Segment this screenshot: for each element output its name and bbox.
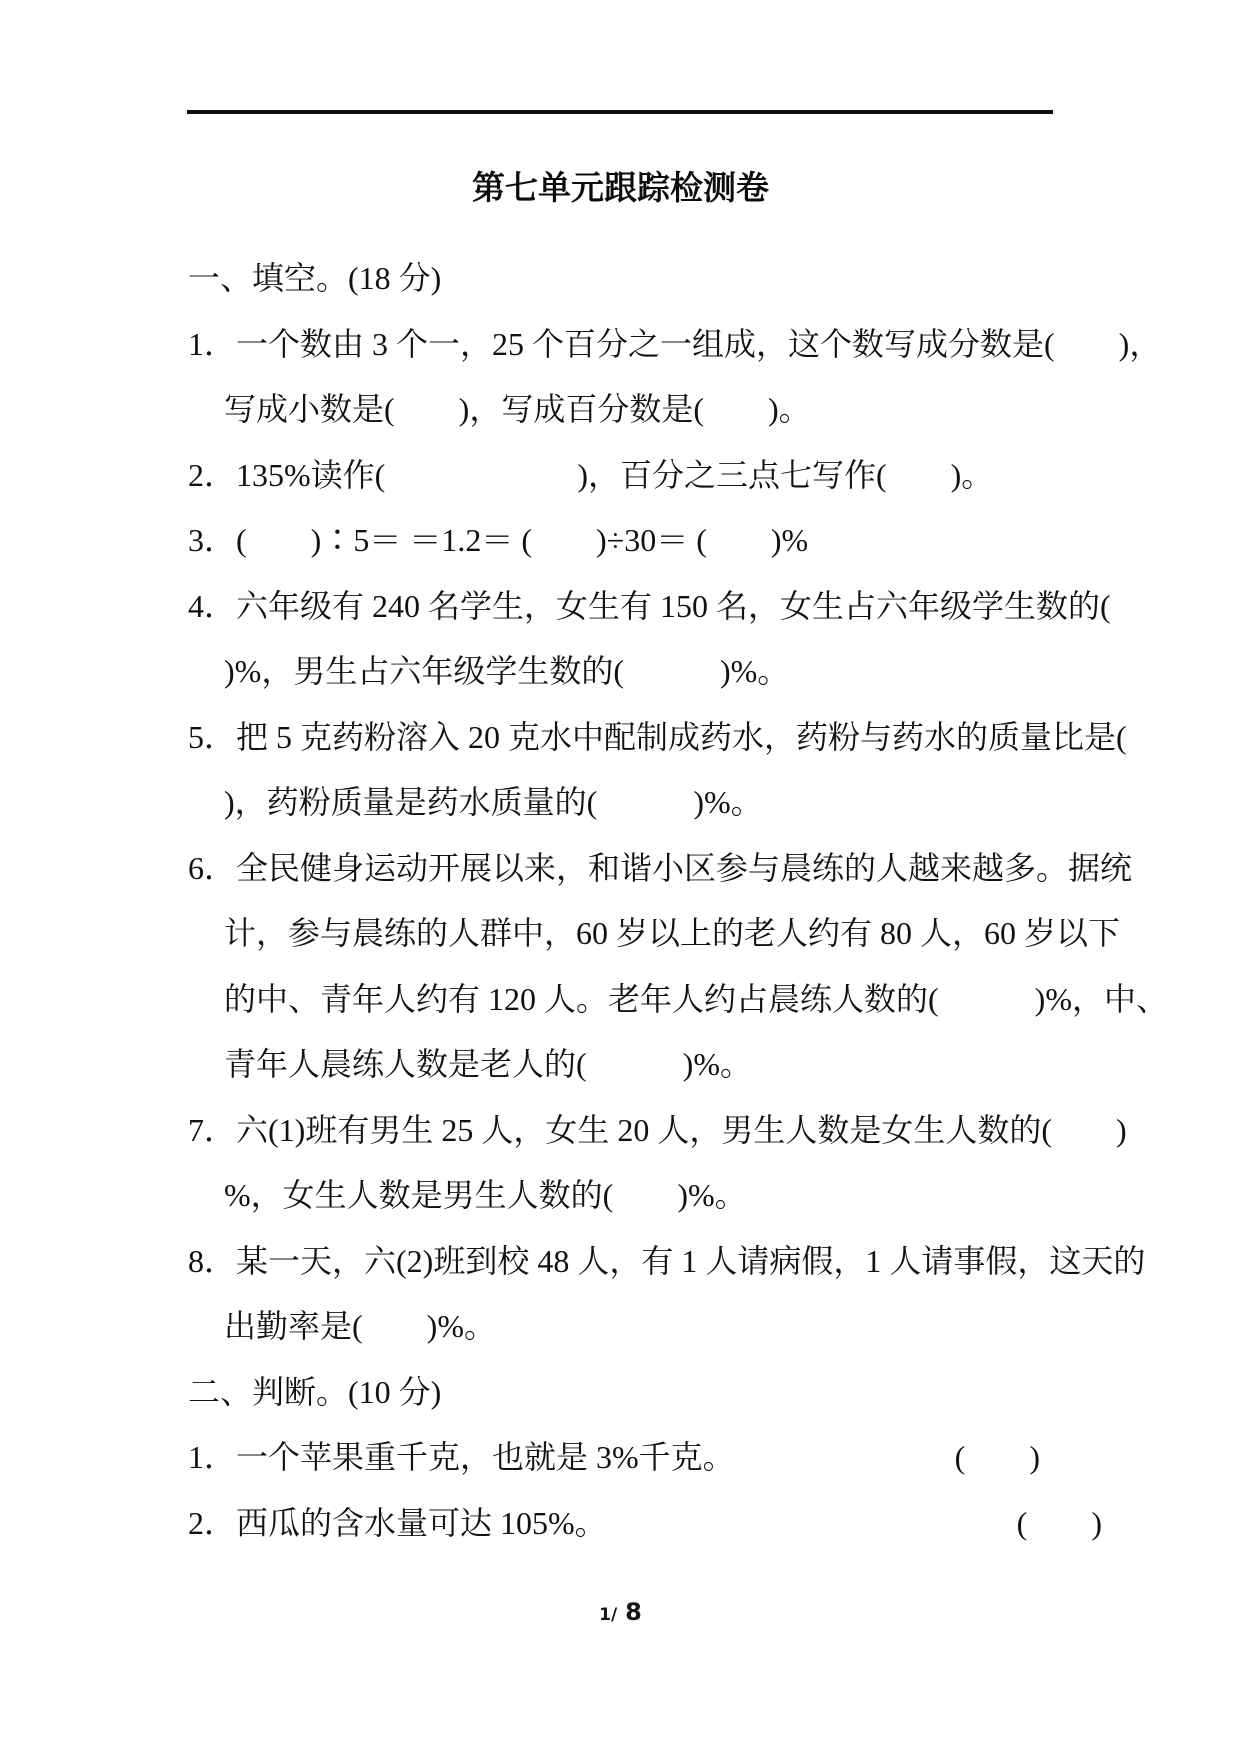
document-body: 一、填空。(18 分) 1．一个数由 3 个一，25 个百分之一组成，这个数写成… xyxy=(188,246,1073,1556)
question-6-line-4: 青年人晨练人数是老人的( )%。 xyxy=(188,1032,1073,1098)
judgment-item-2-text: 2．西瓜的含水量可达 105%。 xyxy=(188,1505,607,1541)
test-paper-page: 第七单元跟踪检测卷 一、填空。(18 分) 1．一个数由 3 个一，25 个百分… xyxy=(0,0,1241,1754)
answer-blank: ( ) xyxy=(1017,1505,1102,1541)
question-6-line-1: 6．全民健身运动开展以来，和谐小区参与晨练的人越来越多。据统 xyxy=(188,836,1073,902)
question-7-line-2: %，女生人数是男生人数的( )%。 xyxy=(188,1163,1073,1229)
spacer xyxy=(735,1467,955,1468)
header-rule xyxy=(187,110,1053,114)
page-footer: 1/8 xyxy=(0,1598,1241,1626)
judgment-item-1: 1．一个苹果重千克，也就是 3%千克。( ) xyxy=(188,1425,1073,1491)
question-3-line-1: 3．( )∶5＝ ＝1.2＝ ( )÷30＝ ( )% xyxy=(188,508,1073,574)
judgment-item-1-text: 1．一个苹果重千克，也就是 3%千克。 xyxy=(188,1439,735,1475)
page-number-total: 8 xyxy=(625,1598,642,1626)
question-8-line-2: 出勤率是( )%。 xyxy=(188,1294,1073,1360)
page-title: 第七单元跟踪检测卷 xyxy=(0,162,1241,209)
spacer xyxy=(607,1533,1017,1534)
question-7-line-1: 7．六(1)班有男生 25 人，女生 20 人，男生人数是女生人数的( ) xyxy=(188,1098,1073,1164)
question-5-line-2: )，药粉质量是药水质量的( )%。 xyxy=(188,770,1073,836)
judgment-item-2: 2．西瓜的含水量可达 105%。( ) xyxy=(188,1491,1073,1557)
question-4-line-2: )%，男生占六年级学生数的( )%。 xyxy=(188,639,1073,705)
question-1-line-2: 写成小数是( )，写成百分数是( )。 xyxy=(188,377,1073,443)
question-6-line-3: 的中、青年人约有 120 人。老年人约占晨练人数的( )%，中、 xyxy=(188,967,1073,1033)
question-4-line-1: 4．六年级有 240 名学生，女生有 150 名，女生占六年级学生数的( xyxy=(188,574,1073,640)
answer-blank: ( ) xyxy=(955,1439,1040,1475)
question-8-line-1: 8．某一天，六(2)班到校 48 人，有 1 人请病假，1 人请事假，这天的 xyxy=(188,1229,1073,1295)
section-heading-judgment: 二、判断。(10 分) xyxy=(188,1360,1073,1426)
question-1-line-1: 1．一个数由 3 个一，25 个百分之一组成，这个数写成分数是( )， xyxy=(188,312,1073,378)
page-number-current: 1/ xyxy=(599,1605,617,1625)
section-heading-fill-in: 一、填空。(18 分) xyxy=(188,246,1073,312)
question-2-line-1: 2．135%读作( )，百分之三点七写作( )。 xyxy=(188,443,1073,509)
question-5-line-1: 5．把 5 克药粉溶入 20 克水中配制成药水，药粉与药水的质量比是( xyxy=(188,705,1073,771)
question-6-line-2: 计，参与晨练的人群中，60 岁以上的老人约有 80 人，60 岁以下 xyxy=(188,901,1073,967)
